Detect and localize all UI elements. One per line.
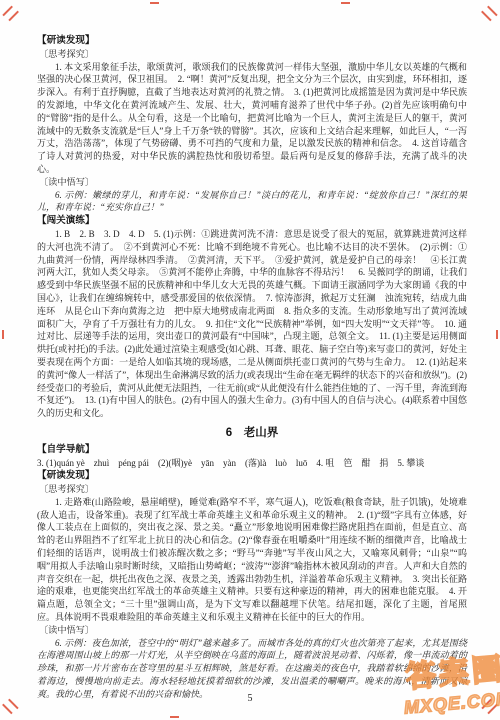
subsection-sikao-tanjiu-l5: 〔思考探究〕 — [37, 48, 467, 61]
answers-sikao-tanjiu-l6: 1. 走路难(山路险峻，悬崖峭壁)，睡觉难(路窄不平，寒气逼人)，吃饭难(粮食奇… — [37, 496, 467, 624]
edge-mark-bottom — [170, 716, 179, 718]
section-header-yandu-faxian-l6: 【研读发现】 — [37, 470, 467, 483]
answers-duzhong-wuxie-l5: 6. 示例：嫩绿的芽儿，和青年说：“发展你自己！”淡白的花儿，和青年说：“绽放你… — [37, 189, 467, 215]
edge-mark-right — [496, 330, 498, 339]
answers-duzhong-wuxie-l6: 6. 示例：夜色加浓，苍空中的“明灯”越来越多了。而城市各处的真的灯火也次第亮了… — [37, 637, 467, 701]
crop-mark-top-right-2 — [481, 11, 491, 21]
crop-mark-bottom-right-1 — [487, 704, 497, 714]
edge-mark-left — [2, 330, 4, 339]
answers-chuangguan-yanlian-l5: 1. B 2. B 3. D 4. D 5. (1)示例：①跳进黄河洗不清：意思… — [37, 228, 467, 420]
workbook-answer-page: 【研读发现】 〔思考探究〕 1. 本文采用象征手法，歌颂黄河，歌颂我们的民族像黄… — [0, 0, 500, 720]
section-header-chuangguan-l5: 【闯关演练】 — [37, 215, 467, 228]
page-content: 【研读发现】 〔思考探究〕 1. 本文采用象征手法，歌颂黄河，歌颂我们的民族像黄… — [37, 34, 467, 701]
edge-mark-top — [150, 2, 159, 4]
crop-mark-top-left-1 — [2, 6, 12, 16]
lesson-title-laoshanjie: 6 老山界 — [37, 427, 467, 440]
subsection-duzhong-wuxie-l5: 〔读中悟写〕 — [37, 176, 467, 189]
answers-sikao-tanjiu-l5: 1. 本文采用象征手法，歌颂黄河，歌颂我们的民族像黄河一样伟大坚强，激励中华儿女… — [37, 61, 467, 176]
crop-mark-top-right-1 — [487, 6, 497, 16]
section-header-yandu-faxian-l5: 【研读发现】 — [37, 35, 467, 48]
subsection-duzhong-wuxie-l6: 〔读中悟写〕 — [37, 624, 467, 637]
crop-mark-bottom-left-1 — [2, 704, 12, 714]
crop-mark-top-left-2 — [8, 11, 18, 21]
answers-zixue-daohang-l6: 3. (1)quán yè zhuì péng pái (2)(咽)yè yān… — [37, 457, 467, 470]
edge-mark-top-2 — [341, 2, 350, 4]
page-number: 5 — [0, 693, 500, 704]
section-header-zixue-daohang-l6: 【自学导航】 — [37, 444, 467, 457]
subsection-sikao-tanjiu-l6: 〔思考探究〕 — [37, 483, 467, 496]
